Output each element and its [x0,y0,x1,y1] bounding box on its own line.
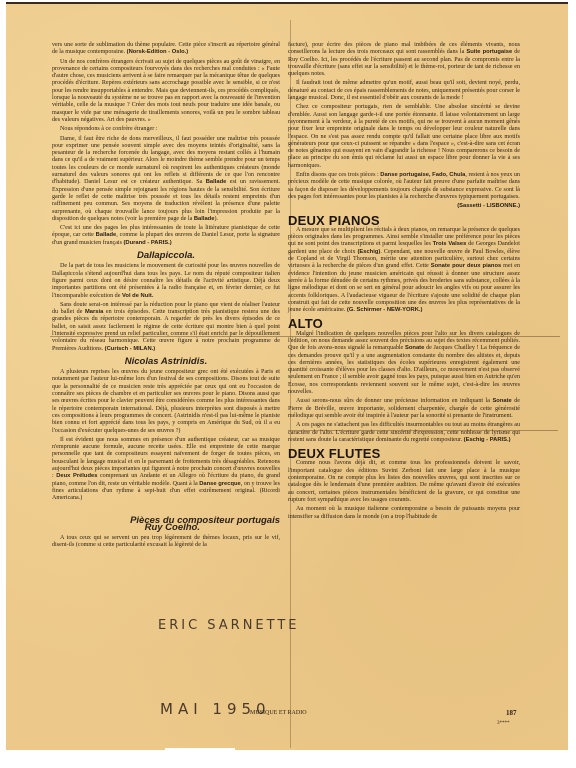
paragraph: De la part de tous les musiciens le mouv… [52,263,280,299]
page-number: 187 [506,709,517,717]
paragraph: C'est ici une des pages les plus intéres… [52,225,280,247]
paragraph: Enfin disons que ces trois pièces : Dans… [288,172,520,201]
paragraph: Un de nos confrères étrangers écrivait a… [52,59,280,125]
paragraph: Chez ce compositeur portugais, rien de s… [288,104,520,170]
publication-title: MUSIQUE ET RADIO [250,710,307,716]
paragraph: A tous ceux qui se servent un peu trop l… [52,535,280,550]
paragraph: Il faudrait tout de même admettre qu'un … [288,80,520,102]
heading-dallapiccola: Dallapiccola. [52,252,280,259]
paragraph: A mesure que se multiplient les récitals… [288,227,520,315]
handwritten-name: ERIC SARNETTE [158,618,300,633]
heading-deux-pianos: DEUX PIANOS [288,217,520,224]
paragraph: Comme nous l'avons déjà dit, et comme to… [288,460,520,504]
publisher-credit: (Sassetti - LISBONNE.) [288,203,520,210]
paragraph: A plusieurs reprises les œuvres du jeune… [52,369,280,435]
signature-mark: 3**** [497,721,510,726]
right-column: facture), pour écrire des pièces de pian… [288,42,520,523]
heading-deux-flutes: DEUX FLUTES [288,450,520,457]
heading-coelho: Pièces du compositeur portugaisRuy Coelh… [52,517,280,532]
paragraph: facture), pour écrire des pièces de pian… [288,42,520,78]
left-column: vers une sorte de sublimation du thème p… [52,42,280,552]
heading-alto: ALTO [288,320,520,327]
paragraph: Malgré l'indication de quelques nouvelle… [288,331,520,397]
heading-astrinidis: Nicolas Astrinidis. [52,358,280,365]
paragraph: vers une sorte de sublimation du thème p… [52,42,280,57]
paragraph: Au moment où la musique italienne contem… [288,506,520,521]
paper-tear [165,748,235,754]
paragraph: Dame, il faut être riche de dons merveil… [52,136,280,224]
paragraph: Sans doute serai-on intéressé par la réd… [52,302,280,353]
paragraph: A ces pages ne s'attachent pas les diffi… [288,422,520,444]
paragraph: Il est évident que nous sommes en présen… [52,437,280,503]
paragraph: Aussi serons-nous sûrs de donner une pré… [288,398,520,420]
paragraph: Nous répondons à ce confrère étranger : [52,126,280,133]
